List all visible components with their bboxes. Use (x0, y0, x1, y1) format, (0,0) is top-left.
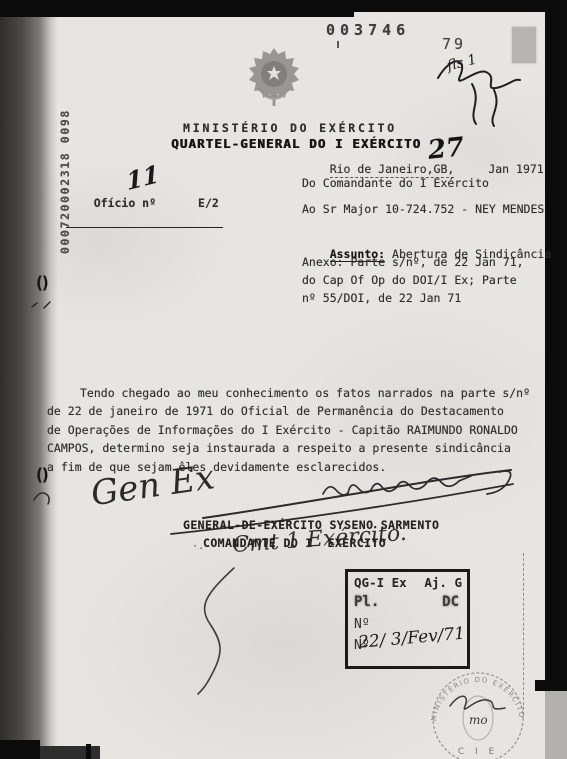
round-stamp-org-code: C I E (458, 747, 498, 757)
margin-vertical-number: 000720002318 0098 (58, 109, 72, 254)
body-line: de 22 de janeiro de 1971 do Oficial de P… (47, 402, 552, 420)
round-stamp-scribble (450, 696, 505, 709)
brazil-coat-of-arms-seal-icon (244, 42, 304, 118)
body-line: Tendo chegado ao meu conhecimento os fat… (47, 384, 552, 402)
annex-line-3: nº 55/DOI, de 22 Jan 71 (302, 291, 461, 305)
scan-edge-bottom-left-gray (40, 746, 100, 759)
routing-stamp-box: QG-I Ex Aj. G Pl. DC Nº Nº (345, 569, 470, 669)
top-rubric-scribble (424, 50, 542, 128)
annex-line-1: Anexo: Parte s/nº, de 22 Jan 71, (302, 255, 524, 269)
handwritten-day: 27 (427, 132, 466, 166)
ministry-title: MINISTÉRIO DO EXÉRCITO (183, 121, 397, 135)
stamped-protocol-number: 003746 (326, 21, 410, 39)
routing-stamp-section: Aj. G (424, 575, 462, 590)
round-stamp: MINISTÉRIO DO EXÉRCITO C I E mo (417, 666, 542, 759)
ink-dots: ·. (192, 541, 204, 552)
routing-stamp-row2-left: Pl. (354, 594, 379, 610)
to-line: Ao Sr Major 10-724.752 - NEY MENDES (302, 202, 544, 216)
document-page: 003746 79 fls 1 MINISTÉRIO DO EXÉRCITO Q… (0, 0, 567, 759)
routing-stamp-unit: QG-I Ex (354, 575, 407, 590)
scan-edge-right-bottom (545, 691, 567, 759)
routing-stamp-row3: Nº (354, 617, 370, 632)
pen-tick-mark (30, 488, 56, 506)
ink-speck (337, 41, 339, 48)
typed-signer-post: COMANDANTE DO I EXÉRCITO (203, 536, 386, 550)
binding-hole-mark: () (36, 273, 48, 294)
date-month-year: Jan 1971 (488, 162, 543, 176)
pen-tick-marks (30, 298, 54, 310)
round-stamp-initials: mo (469, 713, 488, 727)
pen-flourish-scribble (190, 560, 250, 698)
binding-hole-mark: () (36, 465, 48, 486)
scan-edge-left (0, 0, 58, 759)
from-line: Do Comandante do I Exército (302, 176, 489, 190)
scan-edge-bottom-left (0, 740, 40, 759)
oficio-label: Ofício nº (94, 196, 156, 210)
handwritten-rank: Gen Ex (89, 457, 217, 514)
typed-signer-name: GENERAL-DE-EXÉRCITO SYSENO SARMENTO (183, 518, 439, 532)
scan-edge-top-left (0, 0, 354, 17)
annex-line-2: do Cap Of Op do DOI/I Ex; Parte (302, 273, 517, 287)
body-line: de Operações de Informações do I Exércit… (47, 421, 552, 439)
oficio-suffix: E/2 (198, 196, 219, 210)
scan-edge-bottom-tick (86, 744, 91, 759)
scan-edge-right (545, 0, 567, 691)
routing-stamp-row2-right: DC (442, 594, 459, 610)
